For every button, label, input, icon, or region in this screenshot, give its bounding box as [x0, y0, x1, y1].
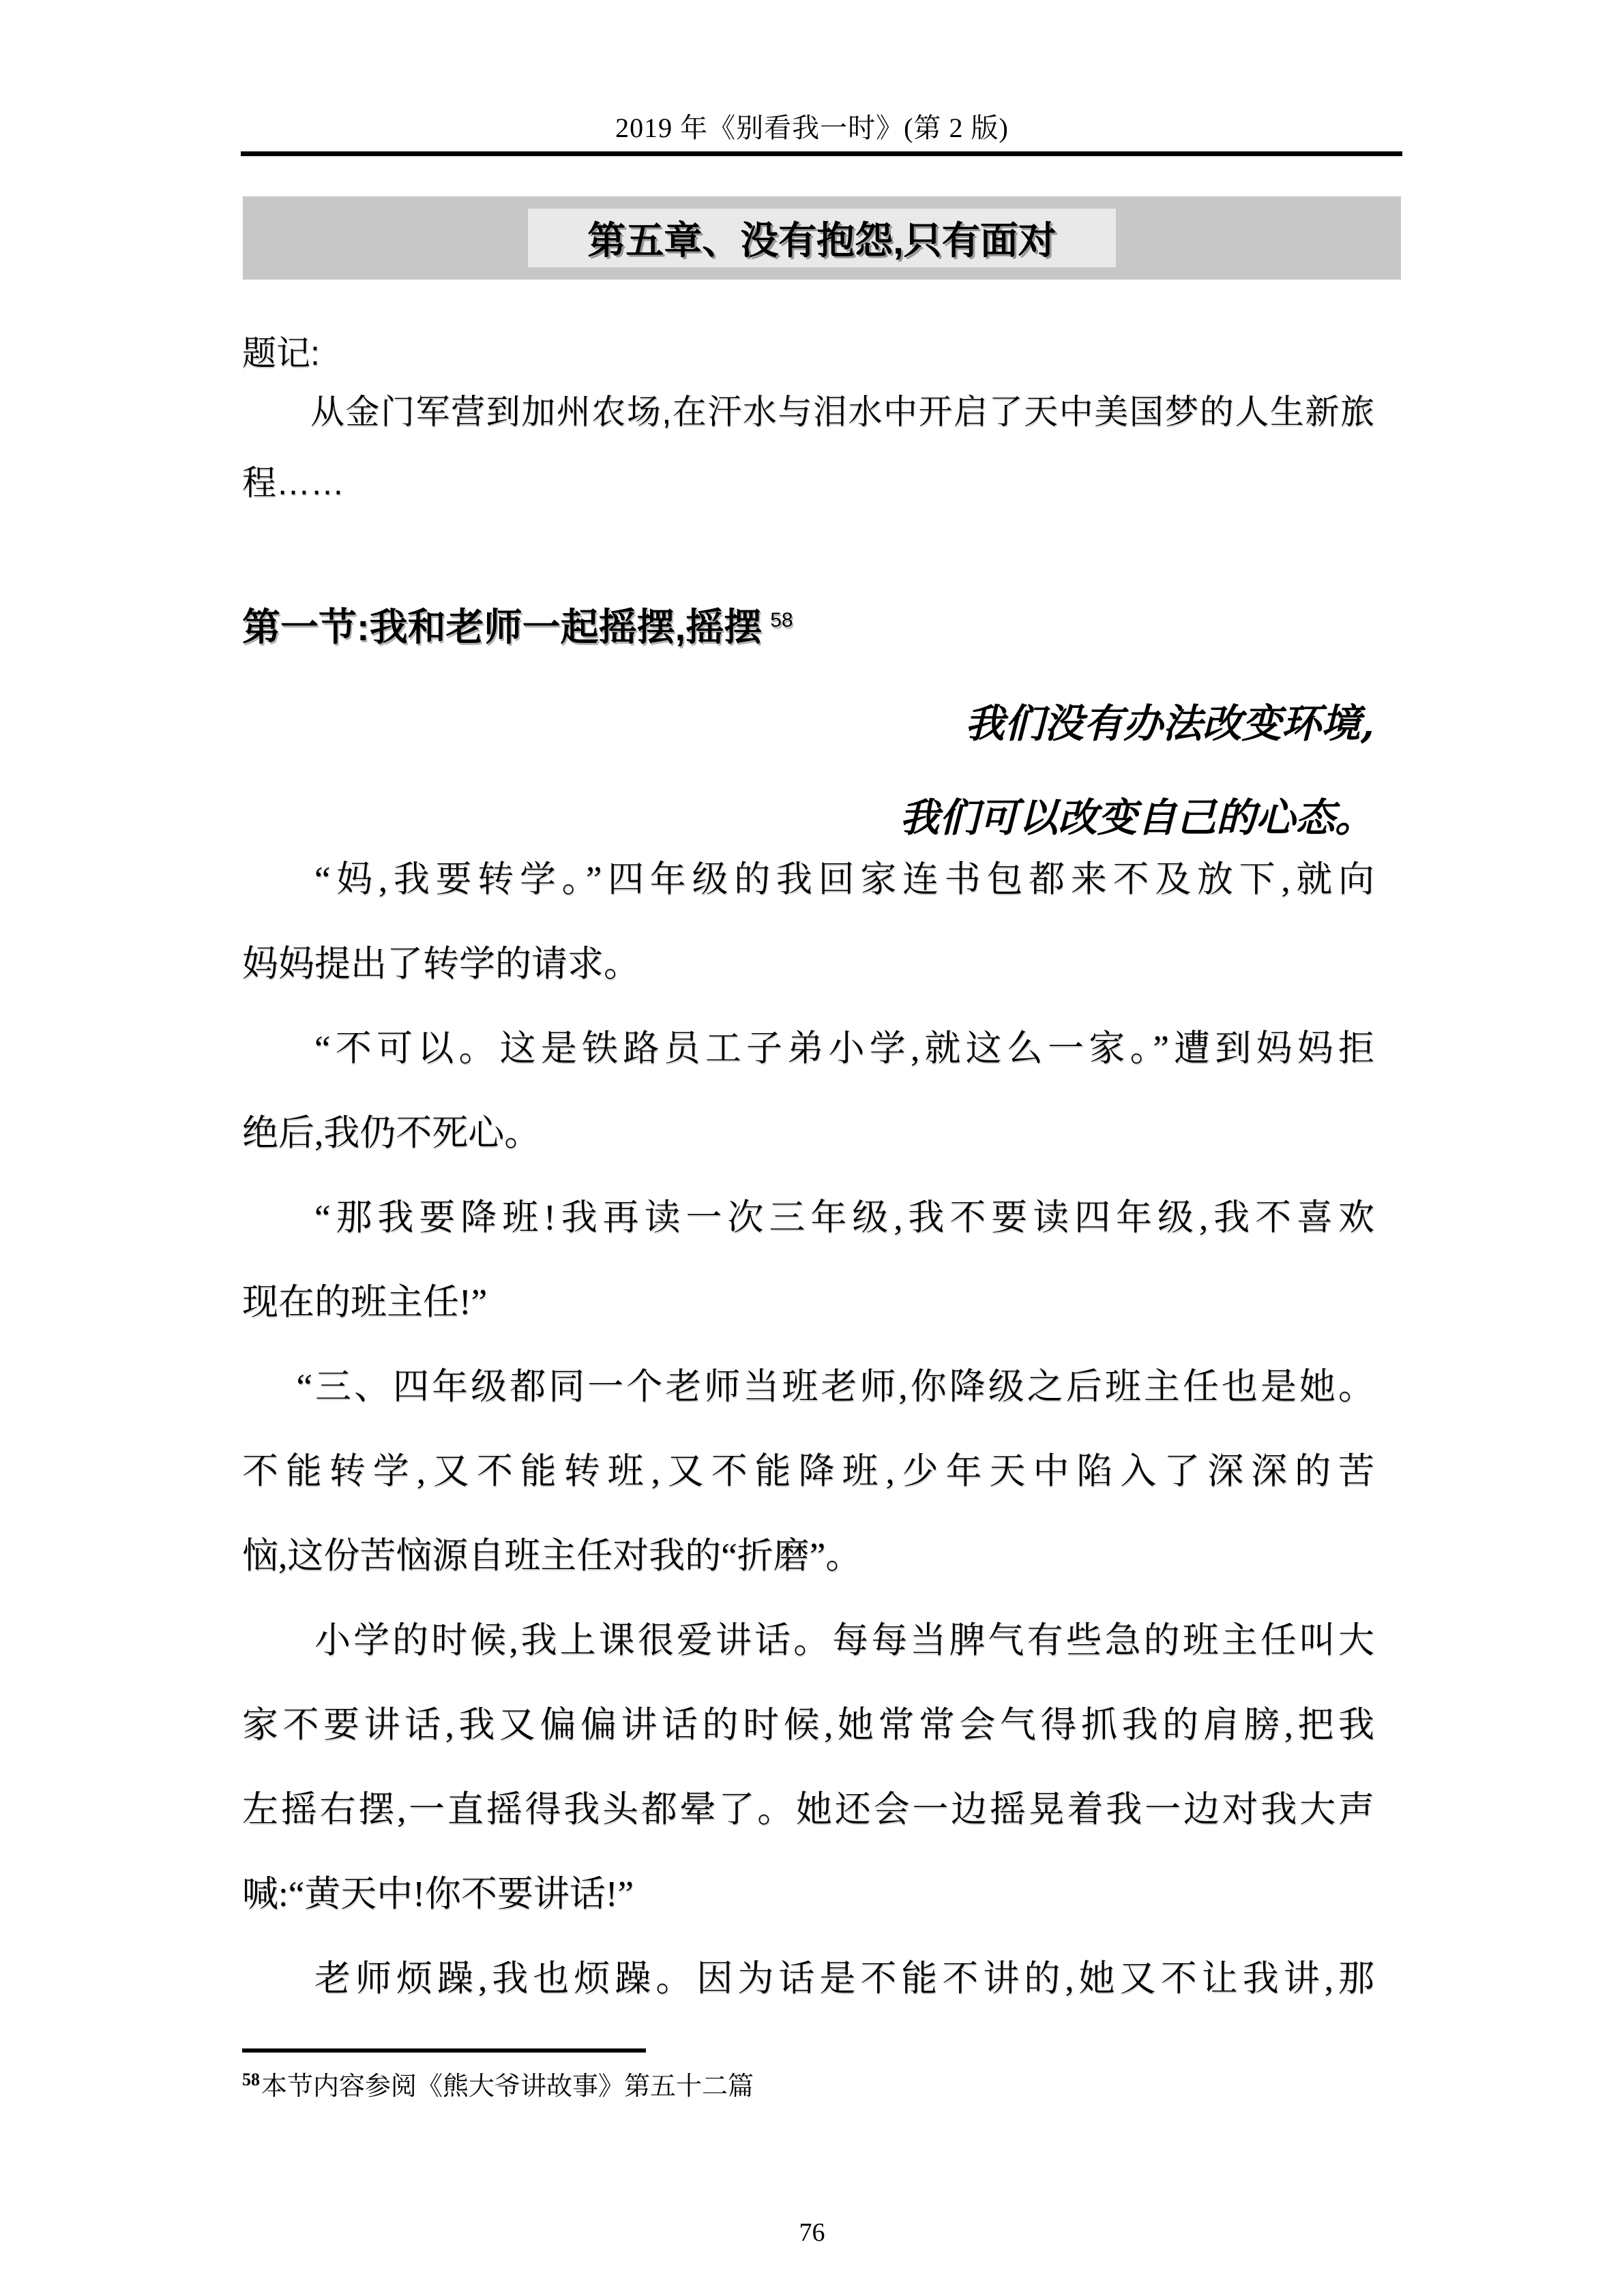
epigraph-line: 从金门军营到加州农场,在汗水与泪水中开启了天中美国梦的人生新旅	[242, 376, 1374, 447]
body-line: 绝后,我仍不死心。	[242, 1091, 1374, 1176]
epigraph-line: 程……	[242, 447, 1374, 518]
footnote-text: 本节内容参阅《熊大爷讲故事》第五十二篇	[261, 2072, 754, 2101]
body-line: 小学的时候,我上课很爱讲话。每每当脾气有些急的班主任叫大	[242, 1598, 1374, 1683]
chapter-title-box: 第五章、没有抱怨,只有面对	[528, 209, 1116, 267]
section-title: 第一节:我和老师一起摇摆,摇摆58	[242, 597, 793, 652]
body-line: “不可以。这是铁路员工子弟小学,就这么一家。”遭到妈妈拒	[242, 1007, 1374, 1091]
body-line: “妈,我要转学。”四年级的我回家连书包都来不及放下,就向	[242, 837, 1374, 922]
body-line: 家不要讲话,我又偏偏讲话的时候,她常常会气得抓我的肩膀,把我	[242, 1683, 1374, 1768]
body-line: 不能转学,又不能转班,又不能降班,少年天中陷入了深深的苦	[242, 1429, 1374, 1514]
footnote-number: 58	[242, 2070, 260, 2089]
body-line: 恼,这份苦恼源自班主任对我的“折磨”。	[242, 1514, 1374, 1598]
epigraph-label: 题记:	[242, 326, 320, 375]
calligraphy-quote: 我们没有办法改变环境, 我们可以改变自己的心态。	[242, 676, 1374, 865]
body-line: 老师烦躁,我也烦躁。因为话是不能不讲的,她又不让我讲,那	[242, 1937, 1374, 2021]
body-line: 左摇右摆,一直摇得我头都晕了。她还会一边摇晃着我一边对我大声	[242, 1768, 1374, 1852]
footnote: 58本节内容参阅《熊大爷讲故事》第五十二篇	[242, 2065, 754, 2102]
header-rule	[241, 151, 1402, 156]
body-line: 现在的班主任!”	[242, 1260, 1374, 1345]
book-page: 2019 年《别看我一时》(第 2 版) 第五章、没有抱怨,只有面对 题记: 从…	[0, 0, 1624, 2296]
running-header: 2019 年《别看我一时》(第 2 版)	[0, 106, 1624, 145]
body-line: 妈妈提出了转学的请求。	[242, 922, 1374, 1007]
body-line: “三、四年级都同一个老师当班老师,你降级之后班主任也是她。	[242, 1345, 1374, 1429]
section-title-text: 第一节:我和老师一起摇摆,摇摆	[242, 606, 762, 648]
chapter-title: 第五章、没有抱怨,只有面对	[587, 211, 1057, 265]
page-number: 76	[0, 2218, 1624, 2248]
body-text: “妈,我要转学。”四年级的我回家连书包都来不及放下,就向 妈妈提出了转学的请求。…	[242, 837, 1374, 2021]
footnote-divider	[242, 2048, 646, 2053]
epigraph: 从金门军营到加州农场,在汗水与泪水中开启了天中美国梦的人生新旅 程……	[242, 376, 1374, 518]
quote-line: 我们没有办法改变环境,	[242, 676, 1374, 771]
body-line: 喊:“黄天中!你不要讲话!”	[242, 1852, 1374, 1937]
body-line: “那我要降班!我再读一次三年级,我不要读四年级,我不喜欢	[242, 1176, 1374, 1260]
footnote-reference: 58	[770, 609, 793, 631]
chapter-title-band: 第五章、没有抱怨,只有面对	[243, 196, 1401, 280]
